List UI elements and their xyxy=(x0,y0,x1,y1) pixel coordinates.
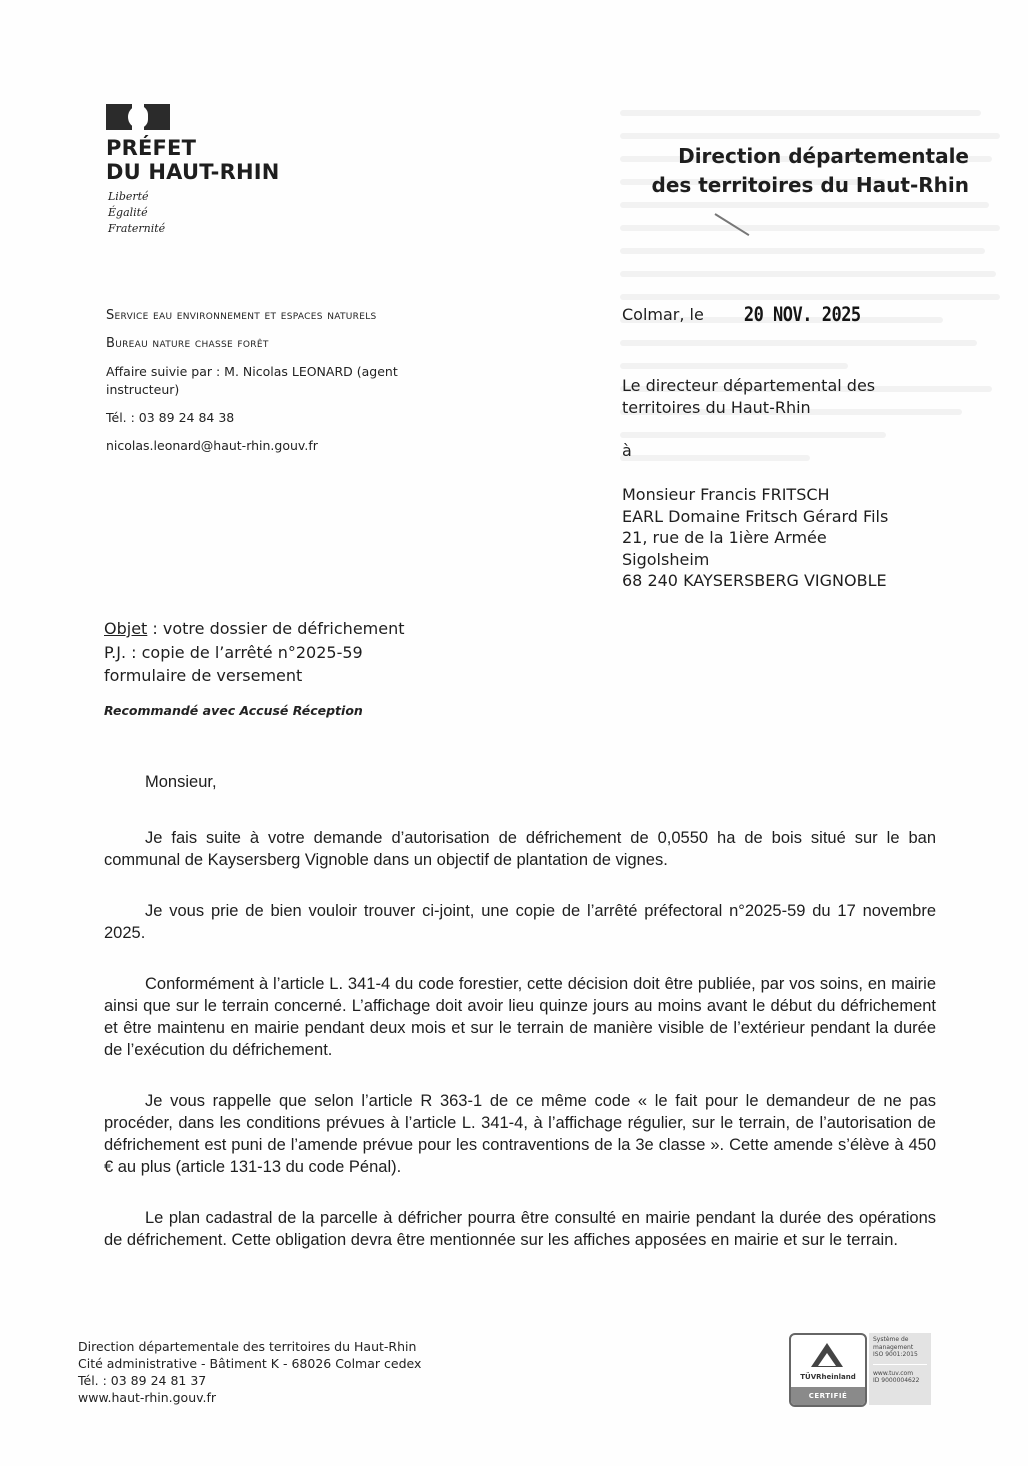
recipient-street: 21, rue de la 1ière Armée xyxy=(622,527,982,549)
paragraph: Conformément à l’article L. 341-4 du cod… xyxy=(104,973,936,1061)
service-name: Service eau environnement et espaces nat… xyxy=(106,307,466,325)
paragraph: Le plan cadastral de la parcelle à défri… xyxy=(104,1207,936,1251)
footer-address: Direction départementale des territoires… xyxy=(78,1338,421,1406)
republic-motto: Liberté Égalité Fraternité xyxy=(108,189,165,237)
recipient-company: EARL Domaine Fritsch Gérard Fils xyxy=(622,506,982,528)
letter-body: Monsieur, Je fais suite à votre demande … xyxy=(104,771,936,1251)
address-block: Colmar, le 20 NOV. 2025 Le directeur dép… xyxy=(622,305,982,592)
attachment-line-2: formulaire de versement xyxy=(104,664,405,688)
service-block: Service eau environnement et espaces nat… xyxy=(106,307,466,465)
paragraph: Je fais suite à votre demande d’autorisa… xyxy=(104,827,936,871)
salutation: Monsieur, xyxy=(145,771,936,793)
subject-label: Objet xyxy=(104,619,147,638)
to-label: à xyxy=(622,441,982,460)
recipient-name: Monsieur Francis FRITSCH xyxy=(622,484,982,506)
recipient-address: Monsieur Francis FRITSCH EARL Domaine Fr… xyxy=(622,484,982,592)
paragraph: Je vous prie de bien vouloir trouver ci-… xyxy=(104,900,936,944)
sender: Le directeur départemental des territoir… xyxy=(622,375,982,419)
delivery-mode: Recommandé avec Accusé Réception xyxy=(104,703,363,718)
recipient-city: 68 240 KAYSERSBERG VIGNOBLE xyxy=(622,570,982,592)
date-stamp: 20 NOV. 2025 xyxy=(744,304,861,327)
direction-title: Direction départementale des territoires… xyxy=(652,142,970,200)
certification-badge: TÜVRheinland CERTIFIÉ Système de managem… xyxy=(789,1333,931,1405)
footer-website: www.haut-rhin.gouv.fr xyxy=(78,1389,421,1406)
recipient-locality: Sigolsheim xyxy=(622,549,982,571)
date-line: Colmar, le 20 NOV. 2025 xyxy=(622,305,982,335)
bureau-name: Bureau nature chasse forêt xyxy=(106,335,466,353)
service-phone: Tél. : 03 89 24 84 38 xyxy=(106,409,466,427)
place-label: Colmar, le xyxy=(622,305,704,324)
paragraph: Je vous rappelle que selon l’article R 3… xyxy=(104,1090,936,1178)
service-email: nicolas.leonard@haut-rhin.gouv.fr xyxy=(106,437,466,455)
subject-block: Objet : votre dossier de défrichement P.… xyxy=(104,617,405,688)
attachment-line: P.J. : copie de l’arrêté n°2025-59 xyxy=(104,641,405,665)
prefecture-title: PRÉFET DU HAUT-RHIN xyxy=(106,136,280,184)
case-officer: Affaire suivie par : M. Nicolas LEONARD … xyxy=(106,363,466,399)
marianne-logo-icon xyxy=(106,104,170,130)
subject-text: : votre dossier de défrichement xyxy=(147,619,404,638)
letter-page: PRÉFET DU HAUT-RHIN Liberté Égalité Frat… xyxy=(0,0,1028,1466)
pen-mark xyxy=(714,213,749,236)
